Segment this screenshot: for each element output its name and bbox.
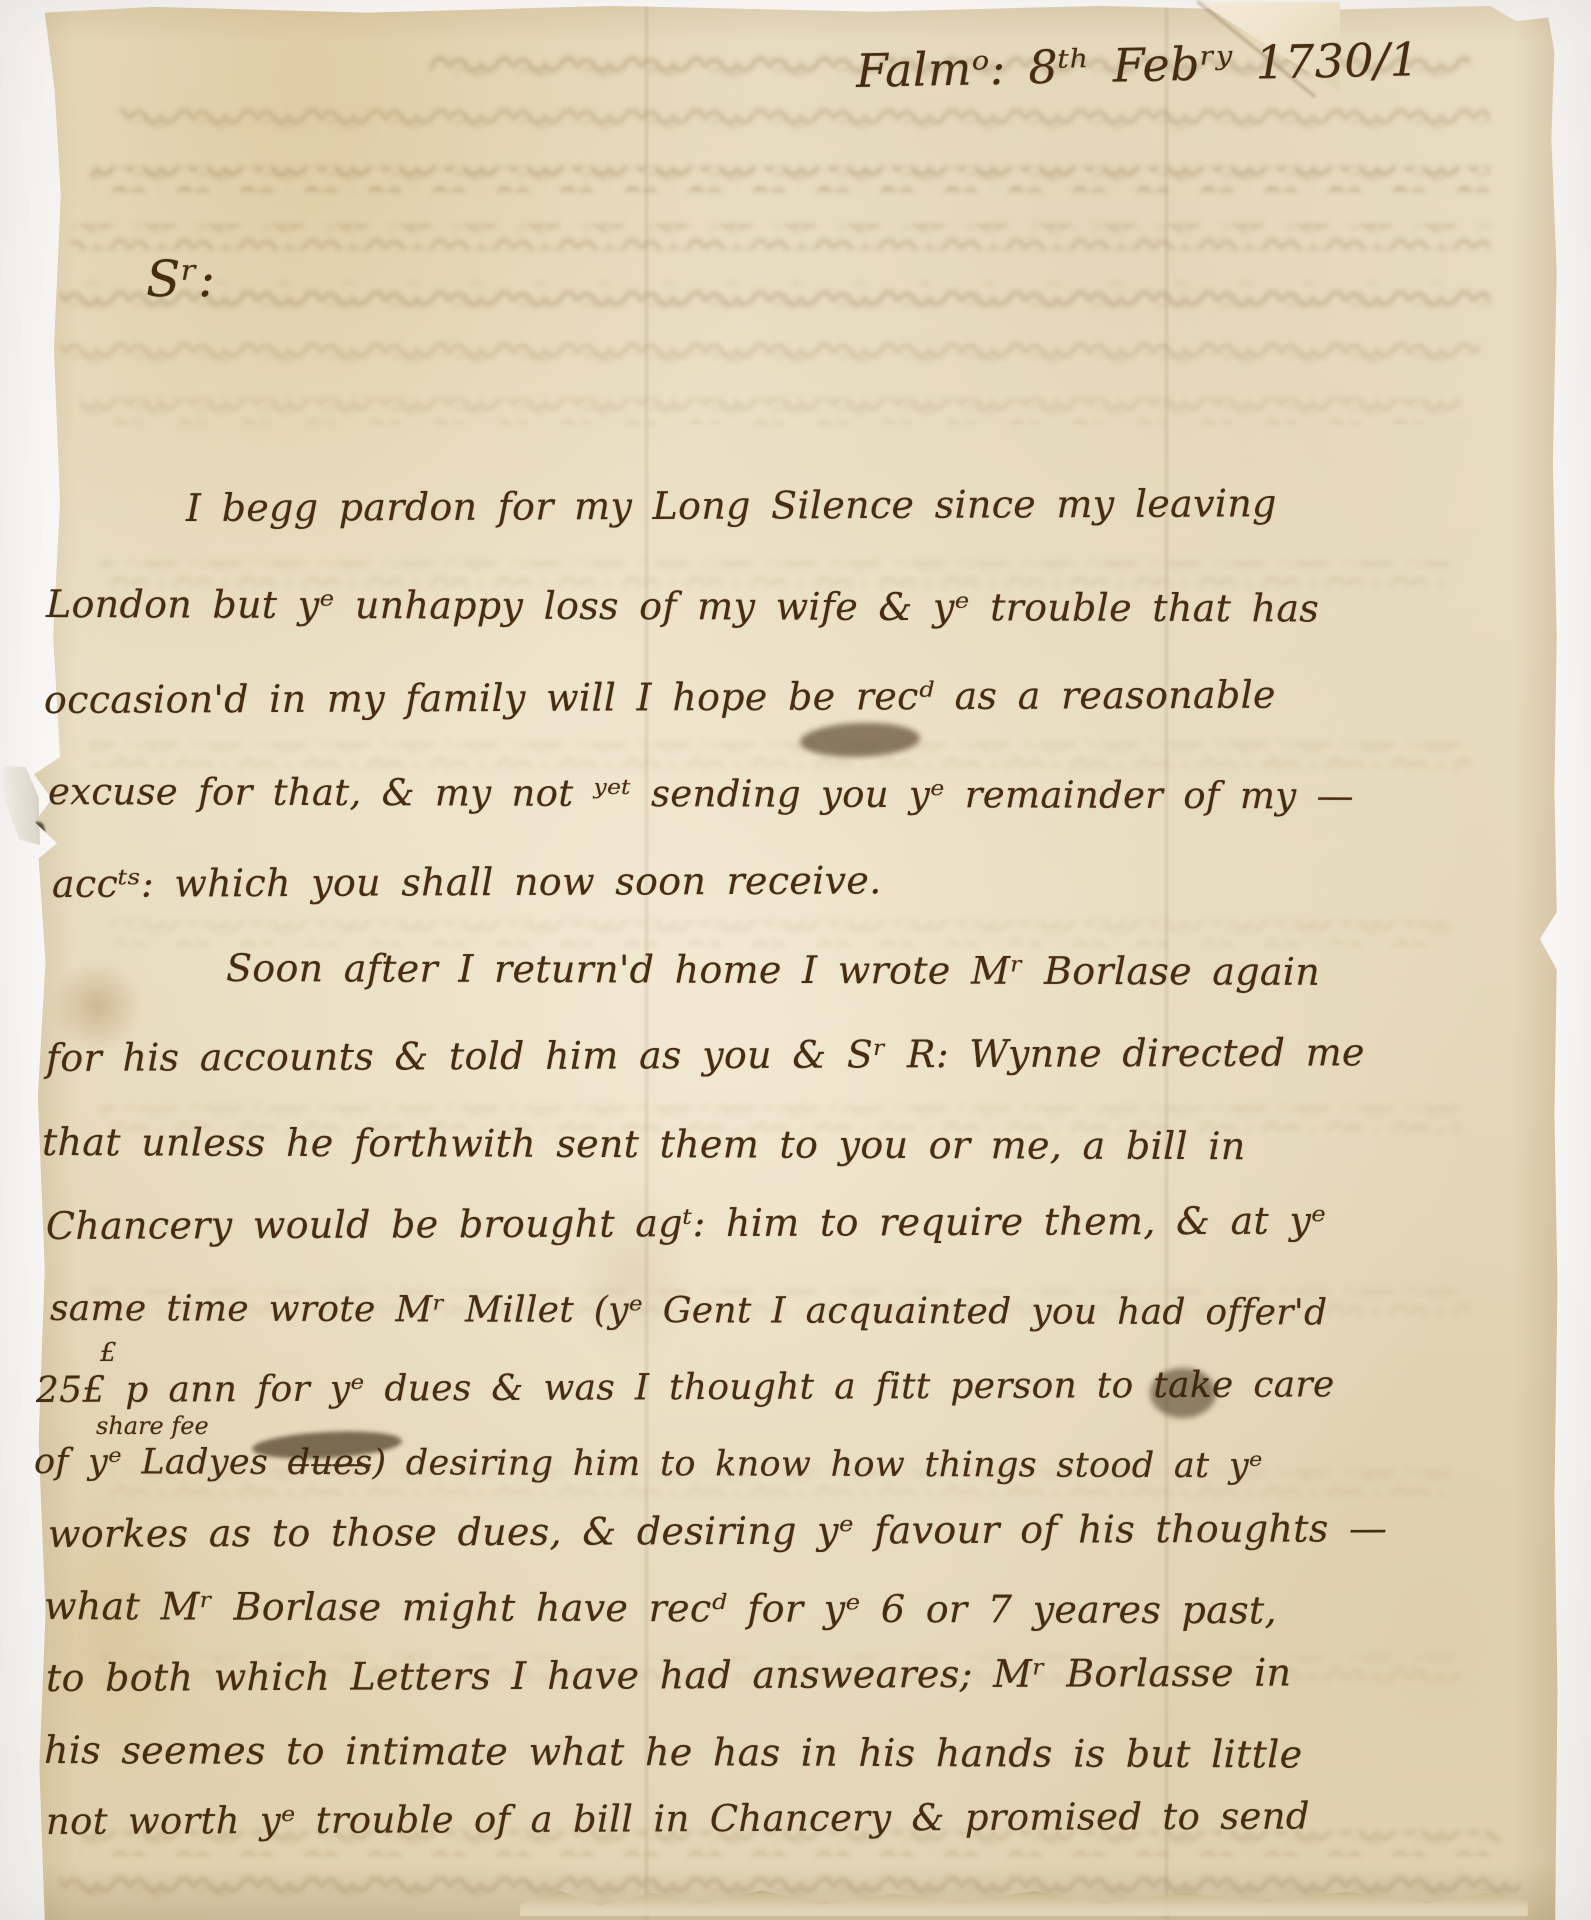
letter-line: same time wrote Mʳ Millet (yᵉ Gent I acq…	[50, 1288, 1327, 1333]
letter-line: excuse for that, & my not ʸᵉᵗ sending yo…	[48, 770, 1354, 818]
letter-text: Falmᵒ: 8ᵗʰ Febʳʸ 1730/1 Sʳ: I begg pardo…	[0, 0, 1591, 1920]
letter-line: that unless he forthwith sent them to yo…	[42, 1120, 1246, 1168]
letter-line: occasion'd in my family will I hope be r…	[44, 673, 1276, 722]
interlinear-correction: share fee	[96, 1412, 209, 1440]
ink-blot	[1150, 1368, 1216, 1418]
dateline: Falmᵒ: 8ᵗʰ Febʳʸ 1730/1	[855, 32, 1419, 98]
letter-line: of yᵉ Ladyes d̶u̶e̶s̶) desiring him to k…	[34, 1442, 1263, 1486]
letter-line: 25£ p ann for yᵉ dues & was I thought a …	[36, 1364, 1335, 1411]
letter-line: London but yᵉ unhappy loss of my wife & …	[46, 582, 1319, 630]
letter-line: Soon after I return'd home I wrote Mʳ Bo…	[226, 946, 1320, 994]
salutation: Sʳ:	[146, 250, 216, 308]
letter-line: workes as to those dues, & desiring yᵉ f…	[48, 1506, 1387, 1556]
letter-line: for his accounts & told him as you & Sʳ …	[46, 1030, 1365, 1080]
letter-line: not worth yᵉ trouble of a bill in Chance…	[46, 1794, 1310, 1843]
letter-line: Chancery would be brought agᵗ: him to re…	[46, 1198, 1326, 1248]
letter-line: what Mʳ Borlase might have recᵈ for yᵉ 6…	[44, 1584, 1277, 1632]
letter-line: accᵗˢ: which you shall now soon receive.	[52, 858, 882, 906]
letter-line: his seemes to intimate what he has in hi…	[44, 1728, 1303, 1776]
photograph: Falmᵒ: 8ᵗʰ Febʳʸ 1730/1 Sʳ: I begg pardo…	[0, 0, 1591, 1920]
interlinear-pound-mark: £	[100, 1338, 117, 1368]
letter-line: I begg pardon for my Long Silence since …	[186, 481, 1277, 530]
letter-line: to both which Letters I have had answear…	[46, 1651, 1292, 1700]
